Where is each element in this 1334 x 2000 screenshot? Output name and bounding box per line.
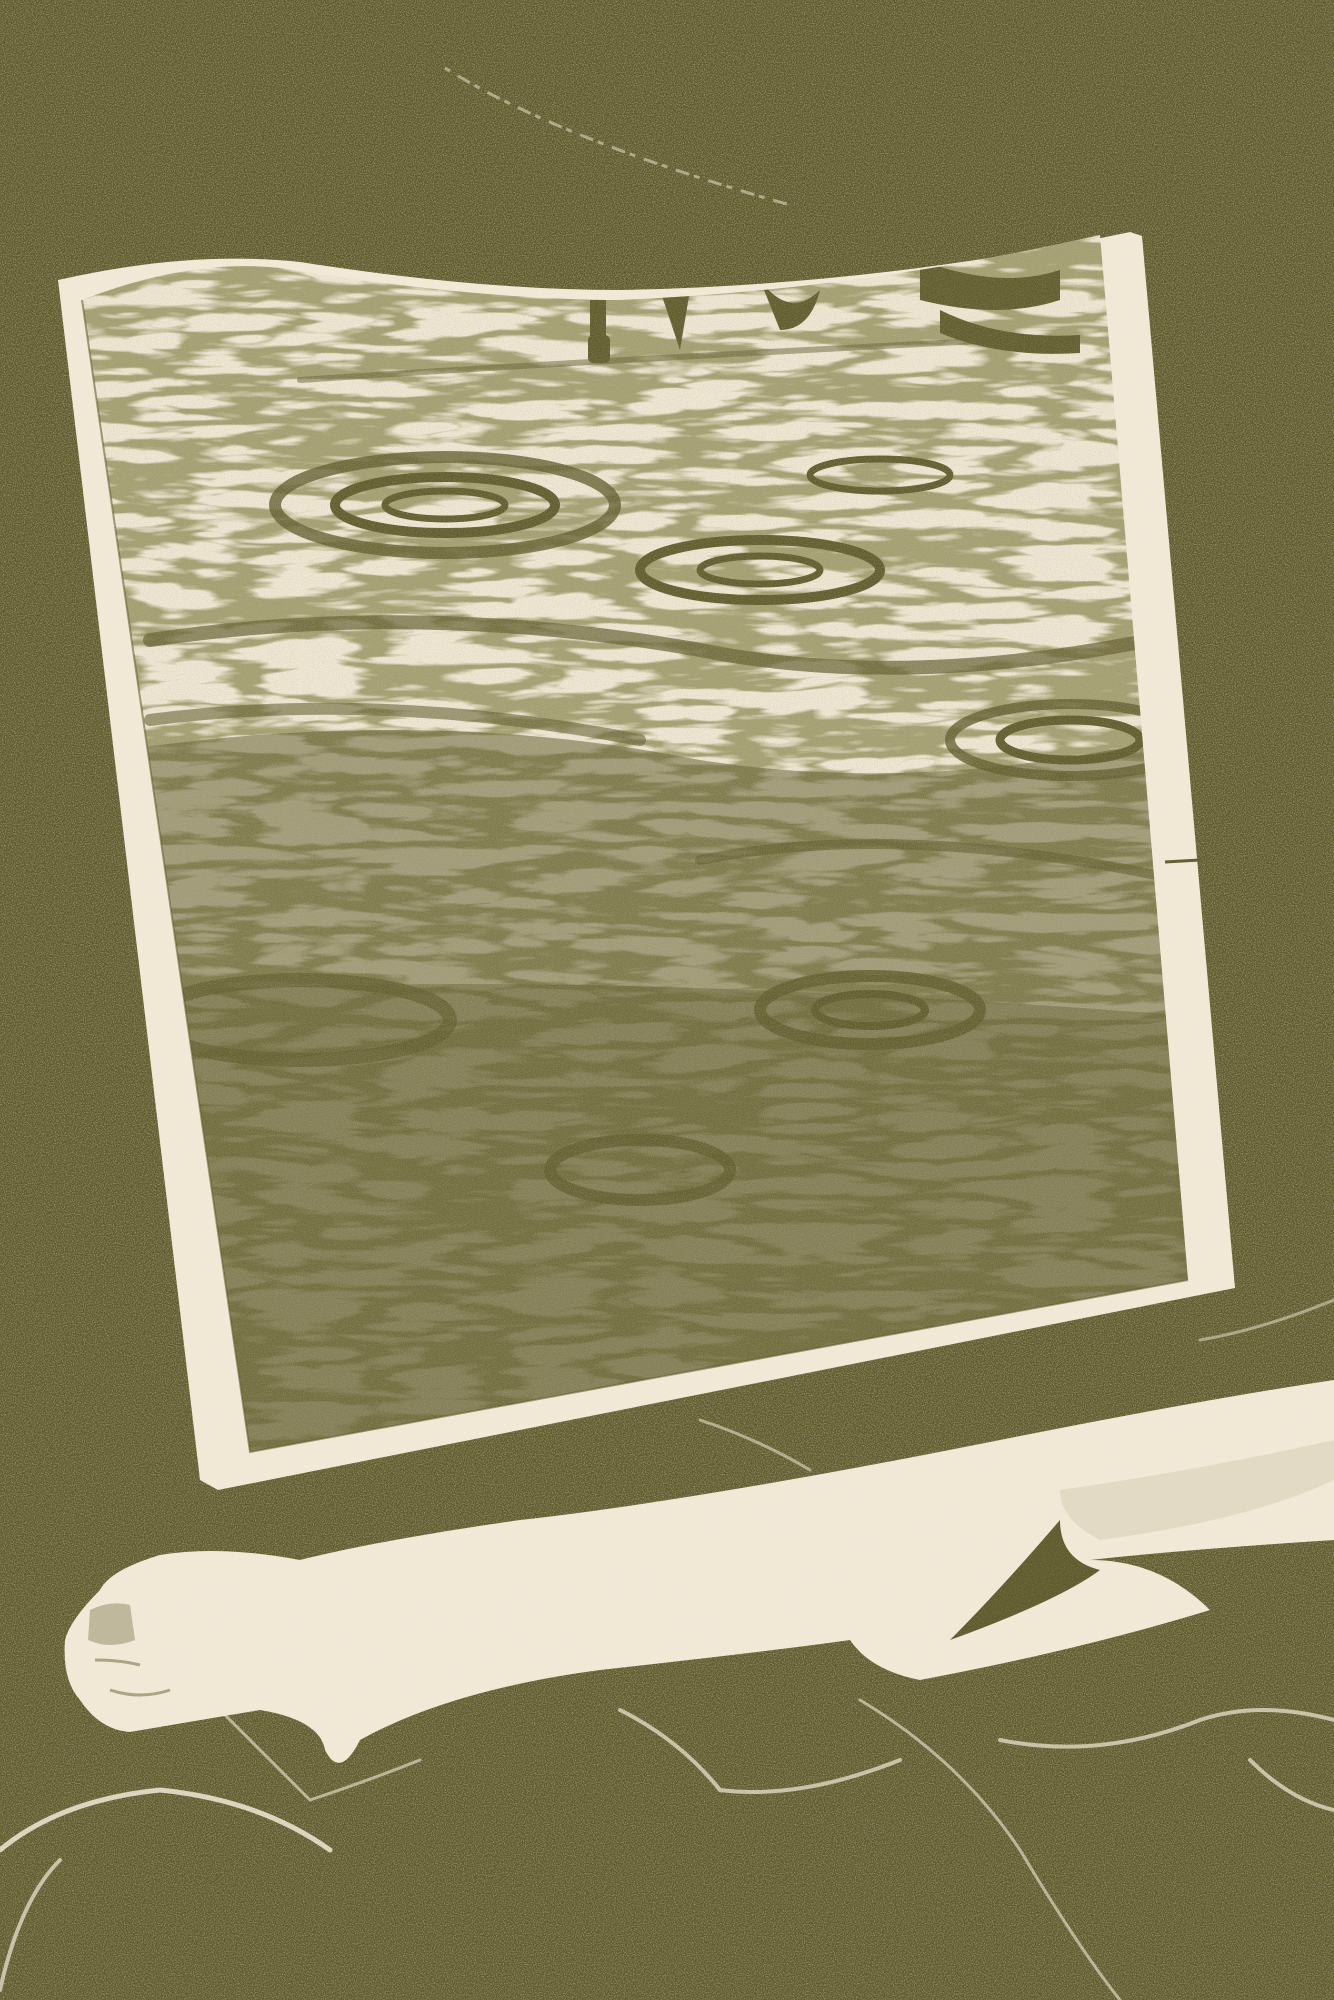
- artwork: [0, 0, 1334, 2000]
